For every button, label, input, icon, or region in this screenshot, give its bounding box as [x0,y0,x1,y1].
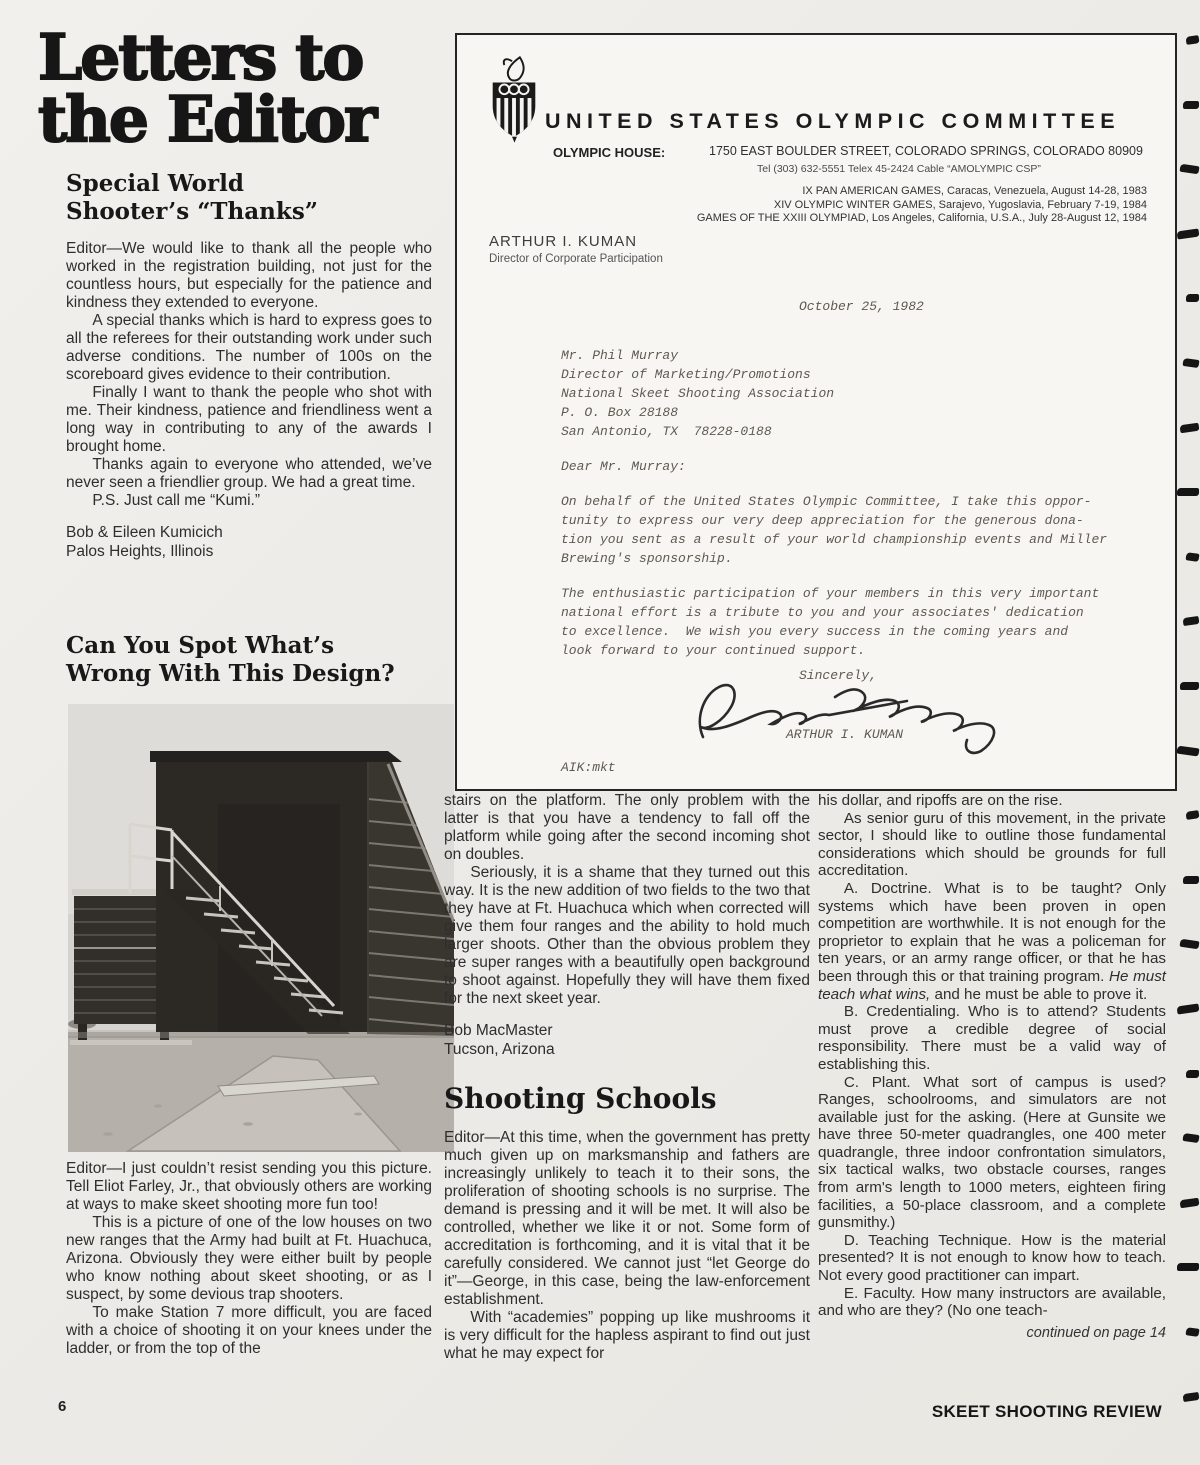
paragraph: his dollar, and ripoffs are on the rise. [818,792,1166,810]
usoc-games-line: XIV OLYMPIC WINTER GAMES, Sarajevo, Yugo… [697,199,1147,213]
letter2-paragraphs: Editor—I just couldn’t resist sending yo… [66,1160,432,1358]
paragraph: This is a picture of one of the low hous… [66,1214,432,1304]
paragraph: A special thanks which is hard to expres… [66,312,432,384]
binding-mark [1180,682,1199,690]
usoc-sender-title: Director of Corporate Participation [489,253,663,265]
binding-mark [1186,810,1200,820]
paragraph: B. Credentialing. Who is to attend? Stud… [818,1003,1166,1073]
letter2-signature: Bob MacMaster Tucson, Arizona [444,1021,810,1059]
usoc-letter: UNITED STATES OLYMPIC COMMITTEE OLYMPIC … [455,33,1177,791]
binding-mark [1183,358,1200,368]
letter1-signer-place: Palos Heights, Illinois [66,542,432,561]
binding-mark [1180,164,1200,175]
usoc-games-line: IX PAN AMERICAN GAMES, Caracas, Venezuel… [697,185,1147,199]
letter2-heading-line2: Wrong With This Design? [66,660,395,688]
letter1-signature: Bob & Eileen Kumicich Palos Heights, Ill… [66,523,432,561]
paragraph: Editor—At this time, when the government… [444,1129,810,1309]
binding-mark [1186,1327,1200,1337]
letter2-caption: Editor—I just couldn’t resist sending yo… [66,1160,432,1358]
binding-mark [1183,616,1200,626]
letter2-signer-name: Bob MacMaster [444,1021,810,1040]
page-number: 6 [58,1398,66,1415]
binding-mark [1177,228,1200,239]
binding-mark [1180,422,1200,433]
lowhouse-photo-art [68,704,454,1152]
paragraph: A. Doctrine. What is to be taught? Only … [818,880,1166,1003]
magazine-page: Letters to the Editor Special World Shoo… [0,0,1200,1465]
letter-line: to excellence. We wish you every success… [561,622,1161,641]
usoc-contact: Tel (303) 632-5551 Telex 45-2424 Cable “… [757,163,1041,175]
usoc-org-name: UNITED STATES OLYMPIC COMMITTEE [545,109,1120,134]
page-title: Letters to the Editor [38,26,375,150]
letter1-heading-line1: Special World [66,170,318,198]
paragraph: As senior guru of this movement, in the … [818,810,1166,880]
letter2-signer-place: Tucson, Arizona [444,1040,810,1059]
continued-note: continued on page 14 [818,1325,1166,1343]
letter-reference: AIK:mkt [561,758,1161,777]
paragraph: E. Faculty. How many instructors are ava… [818,1285,1166,1320]
letter2-heading: Can You Spot What’s Wrong With This Desi… [66,632,395,688]
right-column: his dollar, and ripoffs are on the rise.… [818,792,1166,1342]
binding-mark [1177,488,1199,496]
letter-recipient: Mr. Phil MurrayDirector of Marketing/Pro… [561,346,1161,441]
paragraph: Editor—We would like to thank all the pe… [66,240,432,312]
paragraph: With “academies” popping up like mushroo… [444,1309,810,1363]
paragraph: To make Station 7 more difficult, you ar… [66,1304,432,1358]
paragraph: D. Teaching Technique. How is the materi… [818,1232,1166,1285]
binding-mark [1186,35,1200,45]
letter1-heading: Special World Shooter’s “Thanks” [66,170,318,226]
paragraph: Seriously, it is a shame that they turne… [444,864,810,1008]
letter-line: The enthusiastic participation of your m… [561,584,1161,603]
letter1-heading-line2: Shooter’s “Thanks” [66,198,318,226]
letter-line: national effort is a tribute to you and … [561,603,1161,622]
letter3-paragraphs: Editor—At this time, when the government… [444,1129,810,1363]
letter-salutation: Dear Mr. Murray: [561,457,1161,476]
usoc-sender-name: ARTHUR I. KUMAN [489,233,663,250]
letter-line: P. O. Box 28188 [561,403,1161,422]
binding-mark [1183,876,1199,884]
letter2-continuation: stairs on the platform. The only problem… [444,792,810,1008]
usoc-typed-letter: October 25, 1982 Mr. Phil MurrayDirector… [561,297,1161,777]
binding-mark [1177,745,1200,756]
binding-mark [1177,1004,1200,1015]
letter-line: look forward to your continued support. [561,641,1161,660]
usoc-shield-logo [483,55,545,143]
page-title-line2: the Editor [38,88,375,150]
letter-line: tunity to express our very deep apprecia… [561,511,1161,530]
binding-mark [1180,939,1200,950]
letter-line: Brewing's sponsorship. [561,549,1161,568]
binding-mark [1180,1198,1200,1209]
letter2-heading-line1: Can You Spot What’s [66,632,395,660]
lowhouse-photo [68,704,454,1152]
letter-line: tion you sent as a result of your world … [561,530,1161,549]
letter-line: Mr. Phil Murray [561,346,1161,365]
binding-mark [1186,552,1200,562]
paragraph: Finally I want to thank the people who s… [66,384,432,456]
letter-line: National Skeet Shooting Association [561,384,1161,403]
paragraph-text: and he must be able to prove it. [930,986,1147,1003]
binding-mark [1186,294,1199,302]
usoc-office-label: OLYMPIC HOUSE: [553,145,665,160]
paragraph: stairs on the platform. The only problem… [444,792,810,864]
usoc-games-list: IX PAN AMERICAN GAMES, Caracas, Venezuel… [697,185,1147,226]
paragraph: Thanks again to everyone who attended, w… [66,456,432,492]
letter-line: Director of Marketing/Promotions [561,365,1161,384]
paragraph: P.S. Just call me “Kumi.” [66,492,432,510]
binding-mark [1183,1133,1200,1143]
letter-line: San Antonio, TX 78228-0188 [561,422,1161,441]
binding-mark [1183,1392,1200,1402]
usoc-games-line: GAMES OF THE XXIII OLYMPIAD, Los Angeles… [697,212,1147,226]
paragraph: C. Plant. What sort of campus is used? R… [818,1074,1166,1232]
letter-date: October 25, 1982 [799,297,1161,316]
letter-paragraph-1: On behalf of the United States Olympic C… [561,492,1161,568]
binding-mark [1183,101,1199,109]
letter-line: On behalf of the United States Olympic C… [561,492,1161,511]
paragraph: Editor—I just couldn’t resist sending yo… [66,1160,432,1214]
middle-column: stairs on the platform. The only problem… [444,792,810,1363]
binding-mark [1186,1070,1199,1078]
journal-title: SKEET SHOOTING REVIEW [932,1402,1162,1422]
letter1-signer-name: Bob & Eileen Kumicich [66,523,432,542]
binding-mark [1177,1263,1199,1271]
letter3-heading: Shooting Schools [444,1083,810,1115]
letter-paragraph-2: The enthusiastic participation of your m… [561,584,1161,660]
page-title-line1: Letters to [38,26,375,88]
letter1-paragraphs: Editor—We would like to thank all the pe… [66,240,432,510]
letter-signed-name: ARTHUR I. KUMAN [786,725,1161,744]
usoc-address: 1750 EAST BOULDER STREET, COLORADO SPRIN… [709,144,1143,158]
letter1-body: Editor—We would like to thank all the pe… [66,240,432,561]
usoc-sender: ARTHUR I. KUMAN Director of Corporate Pa… [489,233,663,265]
